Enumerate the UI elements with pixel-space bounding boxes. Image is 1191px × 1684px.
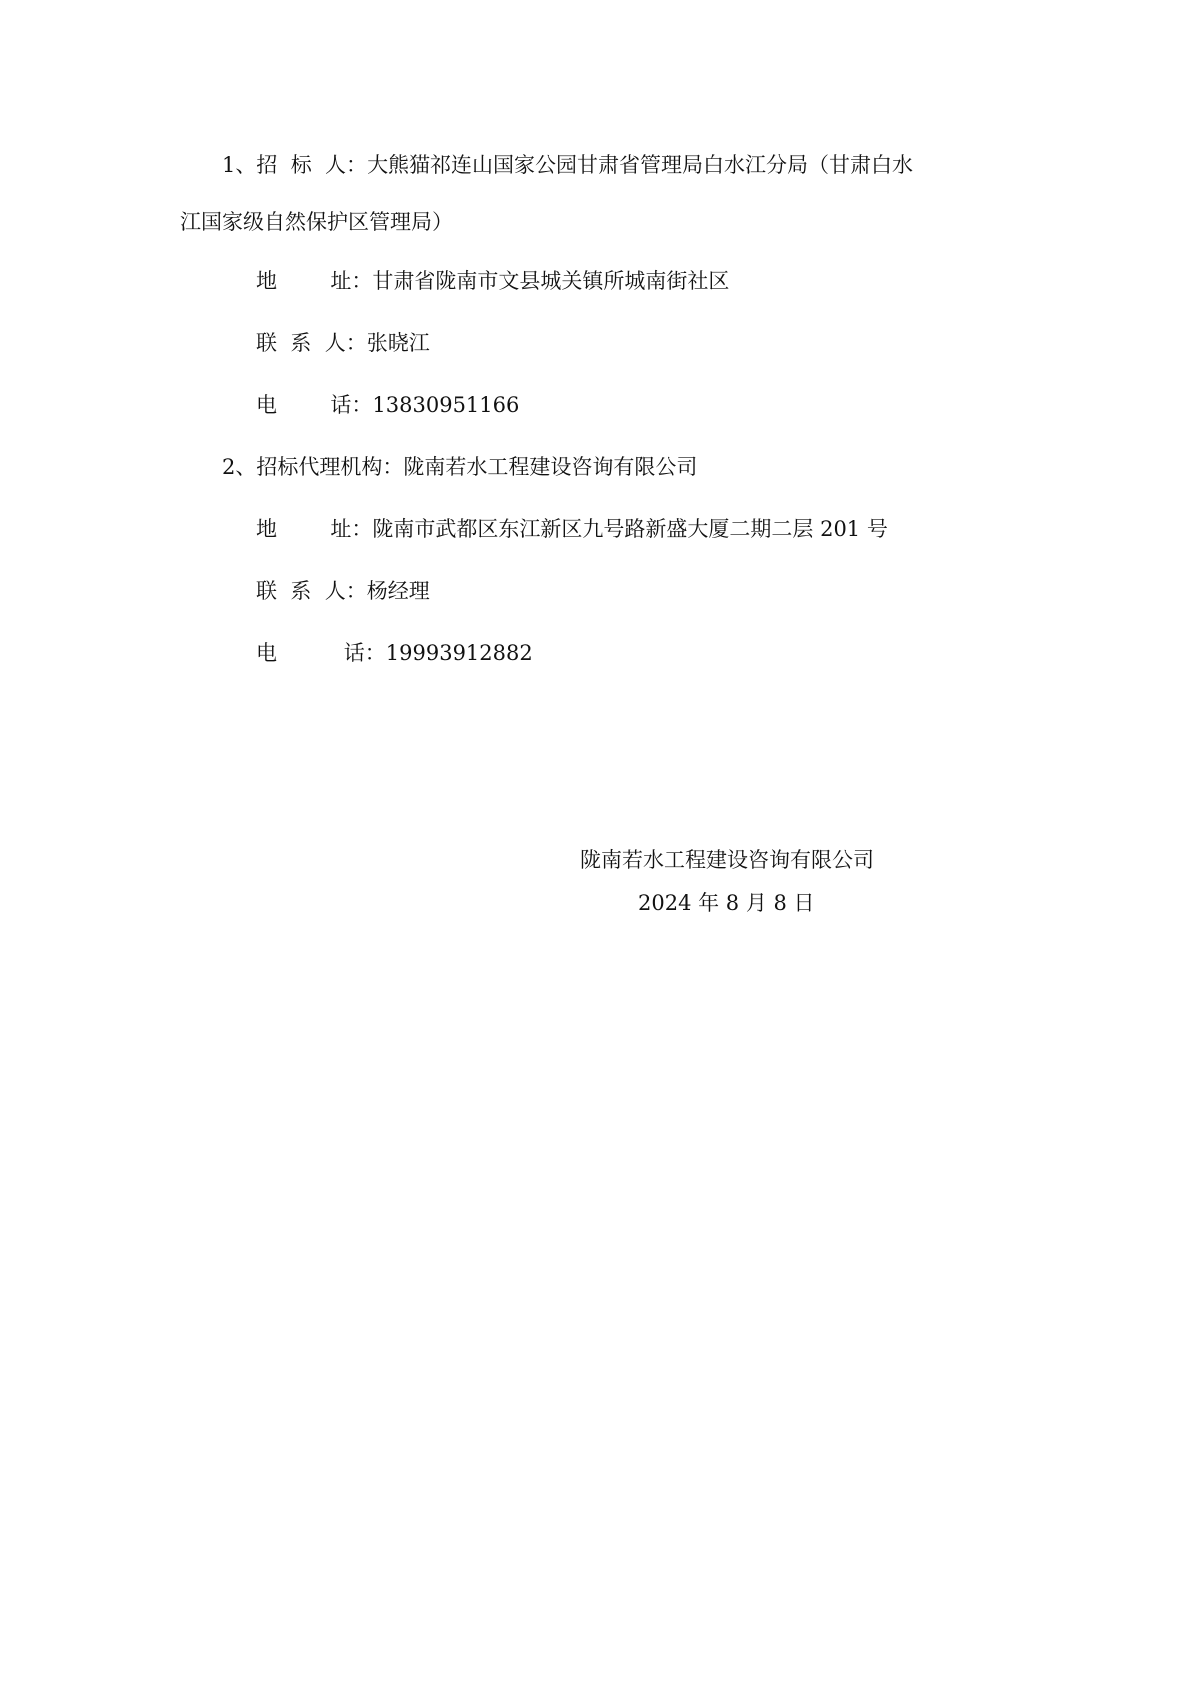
agency-heading-row: 2、招标代理机构：陇南若水工程建设咨询有限公司 — [222, 452, 697, 482]
tenderer-address: 甘肃省陇南市文县城关镇所城南街社区 — [372, 269, 729, 293]
signature-date-row: 2024 年 8 月 8 日 — [638, 888, 815, 918]
tenderer-name-part-2: 江国家级自然保护区管理局） — [180, 210, 453, 234]
contact-label: 联 系 人： — [256, 579, 367, 603]
tenderer-label: 1、招 标 人： — [222, 153, 367, 177]
agency-name: 陇南若水工程建设咨询有限公司 — [403, 455, 697, 479]
tenderer-line-1: 1、招 标 人：大熊猫祁连山国家公园甘肃省管理局白水江分局（甘肃白水 — [222, 150, 913, 180]
tenderer-name-part-1: 大熊猫祁连山国家公园甘肃省管理局白水江分局（甘肃白水 — [367, 153, 913, 177]
contact-label: 联 系 人： — [256, 331, 367, 355]
phone-label: 电 话： — [256, 641, 386, 665]
agency-address: 陇南市武都区东江新区九号路新盛大厦二期二层 201 号 — [372, 517, 887, 541]
phone-label: 电 话： — [256, 393, 372, 417]
tenderer-contact-row: 联 系 人：张晓江 — [256, 328, 430, 358]
agency-phone: 19993912882 — [386, 641, 533, 665]
agency-label: 2、招标代理机构： — [222, 455, 403, 479]
address-label: 地 址： — [256, 517, 372, 541]
signature-date: 2024 年 8 月 8 日 — [638, 891, 815, 915]
tenderer-line-2: 江国家级自然保护区管理局） — [180, 207, 453, 237]
address-label: 地 址： — [256, 269, 372, 293]
tenderer-phone-row: 电 话：13830951166 — [256, 390, 519, 420]
tenderer-address-row: 地 址：甘肃省陇南市文县城关镇所城南街社区 — [256, 266, 729, 296]
agency-contact: 杨经理 — [367, 579, 430, 603]
tenderer-contact: 张晓江 — [367, 331, 430, 355]
signature-company: 陇南若水工程建设咨询有限公司 — [580, 845, 874, 875]
signature-company-name: 陇南若水工程建设咨询有限公司 — [580, 848, 874, 872]
tenderer-phone: 13830951166 — [372, 393, 519, 417]
agency-contact-row: 联 系 人：杨经理 — [256, 576, 430, 606]
agency-address-row: 地 址：陇南市武都区东江新区九号路新盛大厦二期二层 201 号 — [256, 514, 888, 544]
agency-phone-row: 电 话：19993912882 — [256, 638, 533, 668]
